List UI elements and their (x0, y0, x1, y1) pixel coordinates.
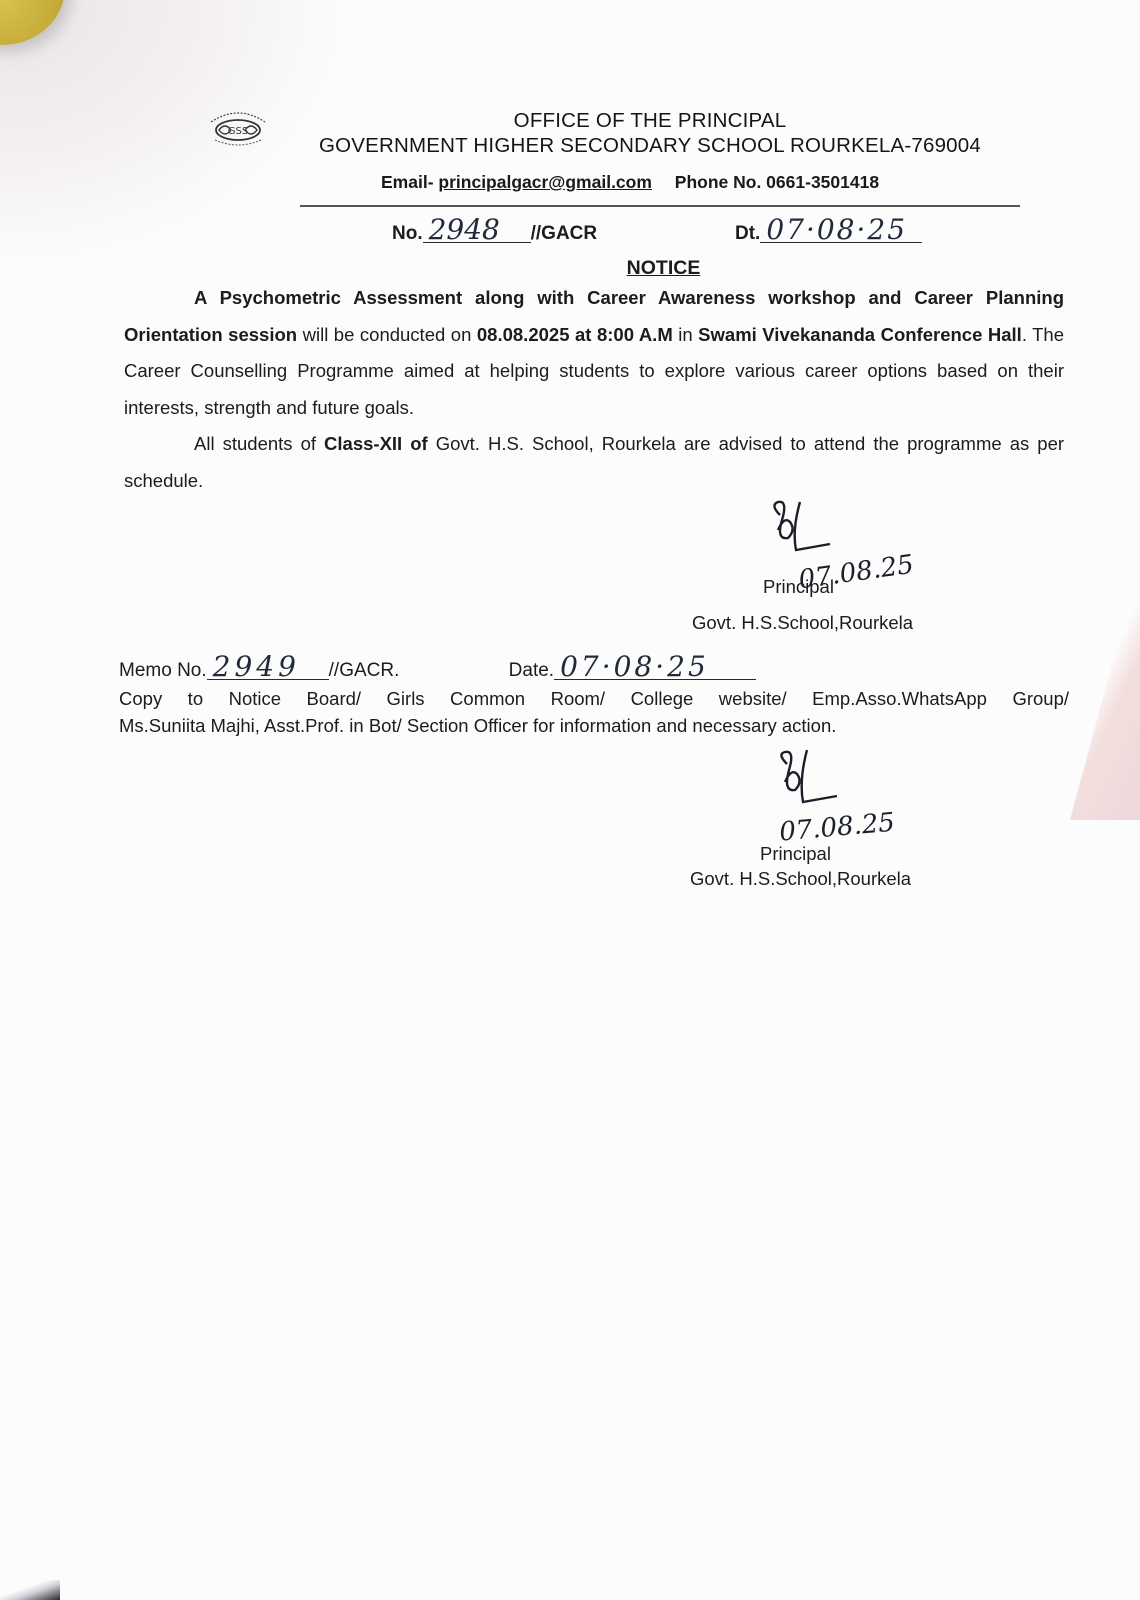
ref-no-suffix: //GACR (531, 223, 598, 244)
memo-date-label: Date. (509, 660, 554, 681)
paper-corner-shadow (0, 1580, 60, 1600)
handwritten-ref-no: 2948 (423, 218, 531, 243)
handwritten-memo-no: 2949 (207, 655, 329, 680)
signatory-school: Govt. H.S.School,Rourkela (692, 612, 913, 634)
paper-edge-shadow (1070, 560, 1140, 820)
notice-paragraph-2: All students of Class-XII of Govt. H.S. … (124, 426, 1064, 499)
header-divider (300, 205, 1020, 207)
signatory-designation: Principal (760, 843, 831, 865)
memo-no-label: Memo No. (119, 660, 207, 681)
reference-date: Dt.07·08·25 (735, 218, 922, 245)
ref-no-label: No. (392, 223, 423, 244)
school-name: GOVERNMENT HIGHER SECONDARY SCHOOL ROURK… (0, 134, 1140, 158)
target-class: Class-XII of (324, 433, 428, 454)
copy-to-line-1: Copy to Notice Board/ Girls Common Room/… (119, 685, 1069, 713)
email-label: Email- (381, 172, 434, 192)
office-title: OFFICE OF THE PRINCIPAL (0, 109, 1140, 133)
contact-line: Email- principalgacr@gmail.com Phone No.… (381, 172, 879, 193)
memo-no-suffix: //GACR. (329, 660, 400, 681)
notice-title: NOTICE (0, 257, 1140, 280)
principal-signature-2: 07.08.25 (775, 750, 955, 845)
copy-to-line-2: Ms.Suniita Majhi, Asst.Prof. in Bot/ Sec… (119, 712, 1069, 740)
text: All students of (194, 433, 324, 454)
event-datetime: 08.08.2025 at 8:00 A.M (477, 324, 673, 345)
text: in (673, 324, 698, 345)
svg-text:07.08.25: 07.08.25 (778, 808, 896, 845)
email-link[interactable]: principalgacr@gmail.com (438, 172, 652, 192)
ref-date-label: Dt. (735, 223, 760, 244)
event-venue: Swami Vivekananda Conference Hall (698, 324, 1022, 345)
phone-number: Phone No. 0661-3501418 (675, 172, 879, 192)
handwritten-memo-date: 07·08·25 (554, 655, 756, 680)
text: will be conducted on (297, 324, 477, 345)
handwritten-ref-date: 07·08·25 (760, 218, 922, 243)
reference-number: No.2948//GACR (392, 218, 597, 245)
memo-reference: Memo No.2949//GACR. Date.07·08·25 (119, 655, 756, 682)
signatory-designation: Principal (763, 576, 834, 598)
signatory-school: Govt. H.S.School,Rourkela (690, 868, 911, 890)
notice-paragraph-1: A Psychometric Assessment along with Car… (124, 280, 1064, 426)
